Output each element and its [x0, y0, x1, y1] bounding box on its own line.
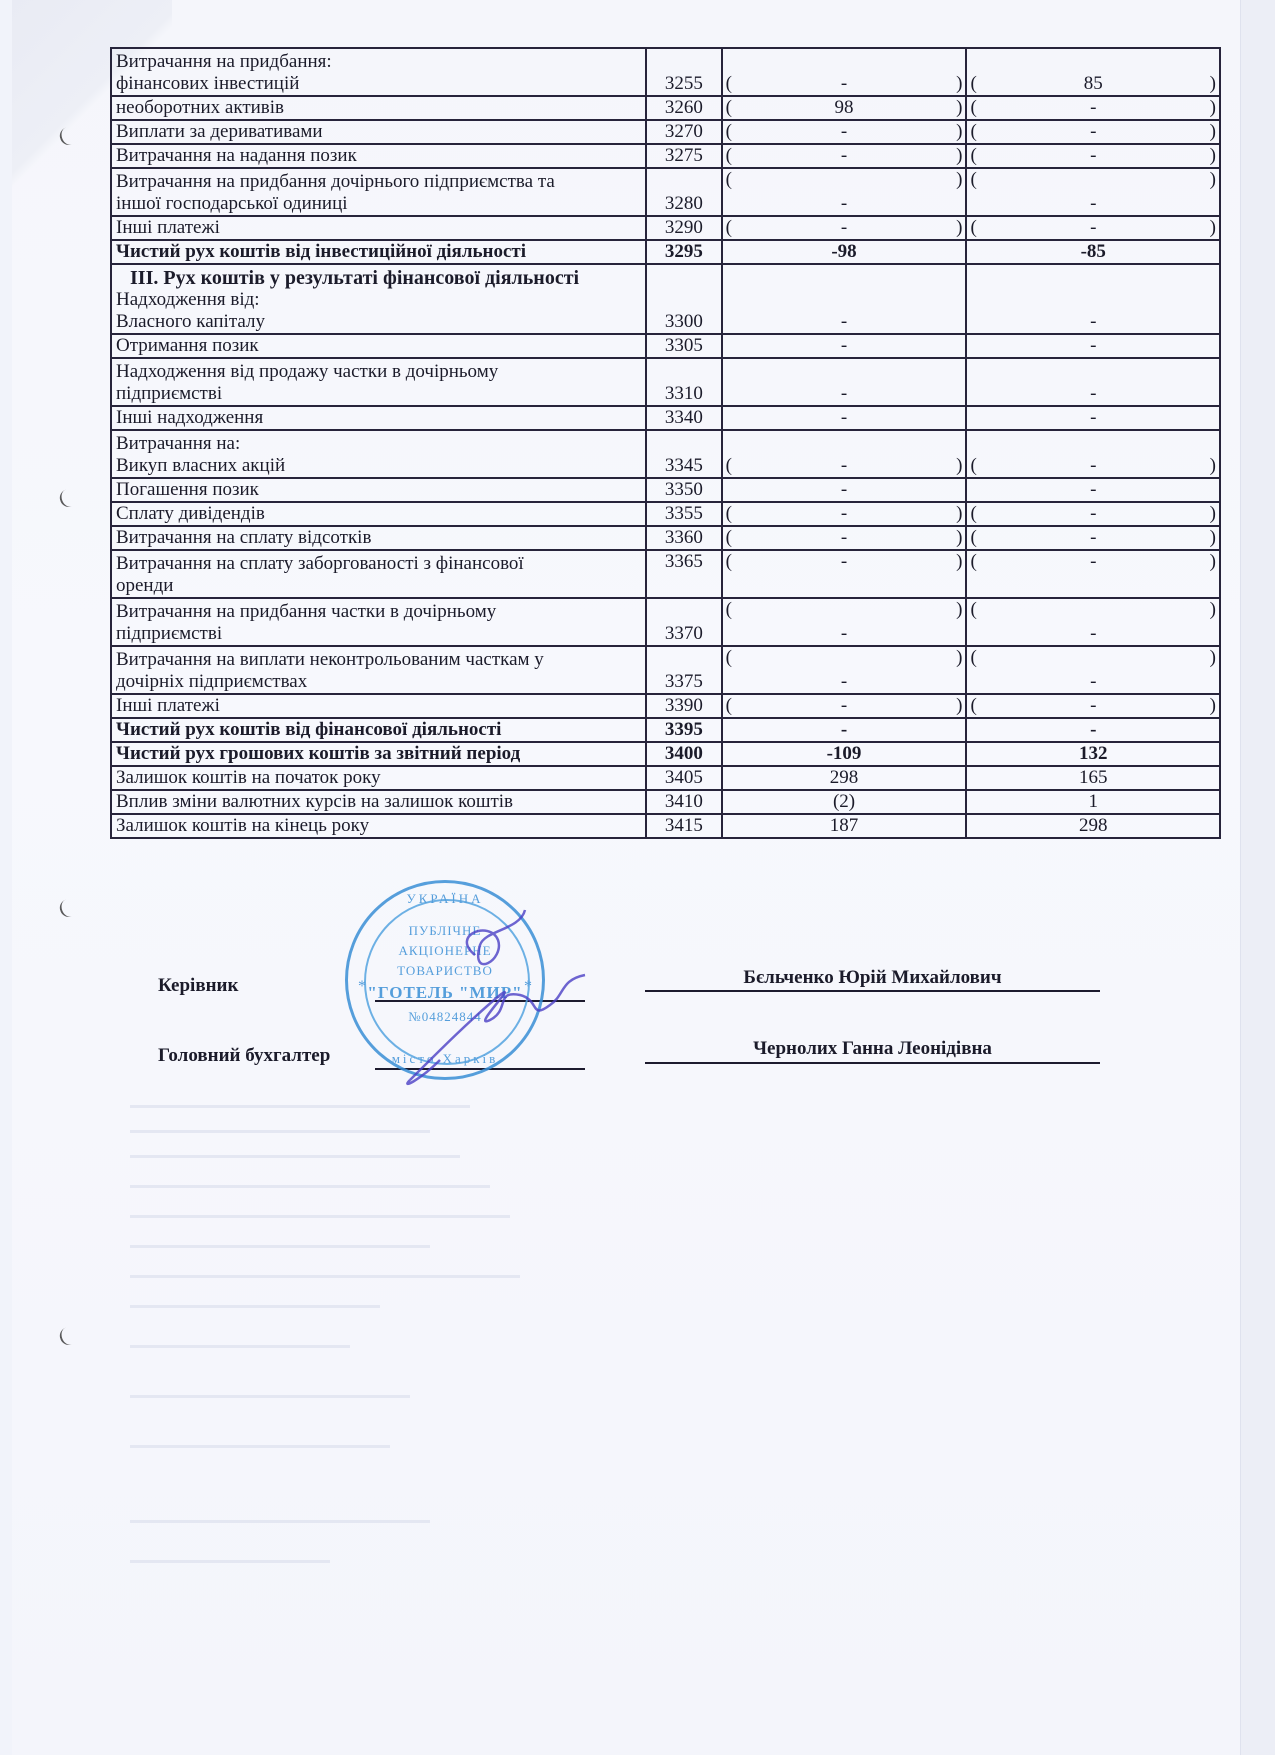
row-label-line: Виплати за деривативами	[116, 121, 641, 143]
table-row: Погашення позик3350--	[111, 478, 1220, 502]
open-paren: (	[726, 695, 732, 717]
row-label: Залишок коштів на початок року	[111, 766, 646, 790]
handwritten-signature	[380, 900, 600, 1100]
row-code: 3280	[646, 168, 722, 216]
row-code: 3400	[646, 742, 722, 766]
previous-period-value: ()-	[966, 120, 1220, 144]
table-row: Витрачання на сплату відсотків3360()-()-	[111, 526, 1220, 550]
open-paren: (	[970, 455, 976, 477]
value-text: -	[1090, 551, 1096, 572]
current-period-value: -109	[722, 742, 967, 766]
previous-period-value: -	[966, 334, 1220, 358]
row-label-line: Витрачання на виплати неконтрольованим ч…	[116, 649, 641, 671]
row-label: Витрачання на придбання частки в дочірнь…	[111, 598, 646, 646]
open-paren: (	[970, 145, 976, 167]
current-period-value: ()98	[722, 96, 967, 120]
value-text: -	[841, 383, 847, 404]
close-paren: )	[956, 455, 962, 477]
row-label-line: Інші платежі	[116, 695, 641, 717]
bleed-through-text	[130, 1185, 490, 1188]
row-code: 3295	[646, 240, 722, 264]
row-code: 3355	[646, 502, 722, 526]
value-text: -	[841, 311, 847, 332]
value-text: -109	[827, 743, 862, 764]
row-code: 3360	[646, 526, 722, 550]
close-paren: )	[956, 97, 962, 119]
row-label-line: Витрачання на придбання дочірнього підпр…	[116, 171, 641, 193]
open-paren: (	[970, 527, 976, 549]
close-paren: )	[956, 145, 962, 167]
row-code: 3415	[646, 814, 722, 838]
open-paren: (	[726, 503, 732, 525]
open-paren: (	[970, 121, 976, 143]
table-row: Чистий рух коштів від фінансової діяльно…	[111, 718, 1220, 742]
value-text: -	[1090, 217, 1096, 238]
row-code: 3350	[646, 478, 722, 502]
open-paren: (	[970, 503, 976, 525]
row-code: 3345	[646, 430, 722, 478]
table-row: Інші платежі3390()-()-	[111, 694, 1220, 718]
close-paren: )	[956, 647, 962, 669]
value-text: -	[841, 479, 847, 500]
bleed-through-text	[130, 1520, 430, 1523]
value-text: 132	[1079, 743, 1108, 764]
bleed-through-text	[130, 1445, 390, 1448]
current-period-value: 298	[722, 766, 967, 790]
row-label: Вплив зміни валютних курсів на залишок к…	[111, 790, 646, 814]
current-period-value: -	[722, 264, 967, 334]
row-label-line: оренди	[116, 575, 641, 597]
row-label-line: фінансових інвестицій	[116, 73, 641, 95]
close-paren: )	[1210, 455, 1216, 477]
row-code: 3405	[646, 766, 722, 790]
value-text: -	[841, 671, 847, 692]
current-period-value: 187	[722, 814, 967, 838]
previous-period-value: ()-	[966, 526, 1220, 550]
cash-flow-table: Витрачання на придбання:фінансових інвес…	[110, 47, 1221, 839]
current-period-value: ()-	[722, 144, 967, 168]
row-label-line: Чистий рух коштів від фінансової діяльно…	[116, 719, 641, 741]
previous-period-value: ()-	[966, 694, 1220, 718]
value-text: -	[1090, 455, 1096, 476]
previous-period-value: ()-	[966, 550, 1220, 598]
open-paren: (	[970, 73, 976, 95]
row-label: необоротних активів	[111, 96, 646, 120]
value-text: -	[1090, 383, 1096, 404]
previous-period-value: -	[966, 718, 1220, 742]
row-label: Чистий рух коштів від інвестиційної діял…	[111, 240, 646, 264]
open-paren: (	[970, 217, 976, 239]
previous-period-value: ()-	[966, 502, 1220, 526]
value-text: -	[841, 455, 847, 476]
close-paren: )	[956, 169, 962, 191]
bleed-through-text	[130, 1245, 430, 1248]
row-code: 3290	[646, 216, 722, 240]
value-text: -	[841, 73, 847, 94]
row-code: 3370	[646, 598, 722, 646]
row-label-line: підприємстві	[116, 623, 641, 645]
table-row: Витрачання на придбання дочірнього підпр…	[111, 168, 1220, 216]
table-row: Виплати за деривативами3270()-()-	[111, 120, 1220, 144]
previous-period-value: -85	[966, 240, 1220, 264]
close-paren: )	[1210, 695, 1216, 717]
bleed-through-text	[130, 1345, 350, 1348]
row-code: 3365	[646, 550, 722, 598]
close-paren: )	[1210, 73, 1216, 95]
bleed-through-text	[130, 1215, 510, 1218]
value-text: -	[841, 217, 847, 238]
close-paren: )	[1210, 217, 1216, 239]
bleed-through-text	[130, 1130, 430, 1133]
value-text: 165	[1079, 767, 1108, 788]
value-text: (2)	[833, 791, 855, 812]
previous-period-value: ()-	[966, 144, 1220, 168]
value-text: -	[1090, 503, 1096, 524]
row-label: Витрачання на:Викуп власних акцій	[111, 430, 646, 478]
bleed-through-text	[130, 1395, 410, 1398]
open-paren: (	[726, 145, 732, 167]
row-label: Погашення позик	[111, 478, 646, 502]
table-row: Витрачання на сплату заборгованості з фі…	[111, 550, 1220, 598]
table-row: Витрачання на надання позик3275()-()-	[111, 144, 1220, 168]
value-text: -	[841, 503, 847, 524]
row-label: Витрачання на виплати неконтрольованим ч…	[111, 646, 646, 694]
value-text: -	[1090, 335, 1096, 356]
table-row: Чистий рух грошових коштів за звітний пе…	[111, 742, 1220, 766]
open-paren: (	[970, 551, 976, 573]
close-paren: )	[1210, 599, 1216, 621]
previous-period-value: -	[966, 406, 1220, 430]
section-title: ІІІ. Рух коштів у результаті фінансової …	[116, 267, 641, 289]
row-code: 3395	[646, 718, 722, 742]
row-label-line: іншої господарської одиниці	[116, 193, 641, 215]
value-text: -	[1090, 527, 1096, 548]
value-text: -	[1090, 311, 1096, 332]
row-code: 3270	[646, 120, 722, 144]
current-period-value: (2)	[722, 790, 967, 814]
close-paren: )	[1210, 551, 1216, 573]
row-label-line: Інші платежі	[116, 217, 641, 239]
previous-period-value: 1	[966, 790, 1220, 814]
row-label-line: дочірніх підприємствах	[116, 671, 641, 693]
open-paren: (	[970, 97, 976, 119]
row-code: 3310	[646, 358, 722, 406]
current-period-value: ()-	[722, 694, 967, 718]
bleed-through-text	[130, 1560, 330, 1563]
close-paren: )	[956, 73, 962, 95]
previous-period-value: ()-	[966, 598, 1220, 646]
current-period-value: ()-	[722, 48, 967, 96]
row-label: Чистий рух грошових коштів за звітний пе…	[111, 742, 646, 766]
row-code: 3340	[646, 406, 722, 430]
row-label: Сплату дивідендів	[111, 502, 646, 526]
previous-period-value: ()-	[966, 168, 1220, 216]
current-period-value: -	[722, 718, 967, 742]
table-row: необоротних активів3260()98()-	[111, 96, 1220, 120]
row-label-line: Витрачання на надання позик	[116, 145, 641, 167]
table-row: Витрачання на:Викуп власних акцій3345()-…	[111, 430, 1220, 478]
row-label-line: Чистий рух грошових коштів за звітний пе…	[116, 743, 641, 765]
close-paren: )	[1210, 97, 1216, 119]
current-period-value: -	[722, 406, 967, 430]
table-row: Чистий рух коштів від інвестиційної діял…	[111, 240, 1220, 264]
current-period-value: ()-	[722, 216, 967, 240]
value-text: -	[1090, 671, 1096, 692]
table-row: Надходження від продажу частки в дочірнь…	[111, 358, 1220, 406]
bleed-through-text	[130, 1275, 520, 1278]
value-text: 298	[830, 767, 859, 788]
row-label-line: Власного капіталу	[116, 311, 641, 333]
row-label: Інші надходження	[111, 406, 646, 430]
row-label-line: Викуп власних акцій	[116, 455, 641, 477]
row-code: 3300	[646, 264, 722, 334]
row-label: Виплати за деривативами	[111, 120, 646, 144]
value-text: 98	[835, 97, 854, 118]
bleed-through-text	[130, 1105, 470, 1108]
row-label: Витрачання на придбання дочірнього підпр…	[111, 168, 646, 216]
row-label: Витрачання на сплату відсотків	[111, 526, 646, 550]
row-label-line: необоротних активів	[116, 97, 641, 119]
value-text: -98	[831, 241, 856, 262]
open-paren: (	[726, 455, 732, 477]
bleed-through-text	[130, 1155, 460, 1158]
row-code: 3410	[646, 790, 722, 814]
open-paren: (	[726, 97, 732, 119]
current-period-value: ()-	[722, 598, 967, 646]
value-text: -85	[1081, 241, 1106, 262]
table-row: Залишок коштів на початок року3405298165	[111, 766, 1220, 790]
current-period-value: ()-	[722, 646, 967, 694]
row-label-line: Витрачання на:	[116, 433, 641, 455]
previous-period-value: 298	[966, 814, 1220, 838]
open-paren: (	[726, 217, 732, 239]
current-period-value: -	[722, 334, 967, 358]
open-paren: (	[726, 527, 732, 549]
value-text: -	[1090, 407, 1096, 428]
bleed-through-text	[130, 1305, 380, 1308]
current-period-value: -	[722, 478, 967, 502]
open-paren: (	[970, 647, 976, 669]
value-text: -	[841, 145, 847, 166]
value-text: -	[841, 335, 847, 356]
table-row: Отримання позик3305--	[111, 334, 1220, 358]
row-label: Інші платежі	[111, 216, 646, 240]
value-text: 1	[1088, 791, 1098, 812]
previous-period-value: ()-	[966, 216, 1220, 240]
row-label-line: Чистий рух коштів від інвестиційної діял…	[116, 241, 641, 263]
value-text: -	[1090, 479, 1096, 500]
value-text: -	[1090, 719, 1096, 740]
current-period-value: ()-	[722, 120, 967, 144]
close-paren: )	[1210, 503, 1216, 525]
previous-period-value: 132	[966, 742, 1220, 766]
table-row: Сплату дивідендів3355()-()-	[111, 502, 1220, 526]
value-text: -	[1090, 145, 1096, 166]
close-paren: )	[956, 551, 962, 573]
row-label-line: Інші надходження	[116, 407, 641, 429]
value-text: 85	[1084, 73, 1103, 94]
row-label: Витрачання на сплату заборгованості з фі…	[111, 550, 646, 598]
row-label: Інші платежі	[111, 694, 646, 718]
close-paren: )	[1210, 145, 1216, 167]
close-paren: )	[1210, 647, 1216, 669]
row-label-line: Залишок коштів на кінець року	[116, 815, 641, 837]
row-label-line: Вплив зміни валютних курсів на залишок к…	[116, 791, 641, 813]
value-text: -	[841, 623, 847, 644]
row-label: Отримання позик	[111, 334, 646, 358]
previous-period-value: 165	[966, 766, 1220, 790]
value-text: -	[1090, 193, 1096, 214]
previous-period-value: ()-	[966, 430, 1220, 478]
table-row: Інші надходження3340--	[111, 406, 1220, 430]
row-label: Залишок коштів на кінець року	[111, 814, 646, 838]
close-paren: )	[956, 503, 962, 525]
value-text: -	[841, 527, 847, 548]
previous-period-value: -	[966, 478, 1220, 502]
table-row: ІІІ. Рух коштів у результаті фінансової …	[111, 264, 1220, 334]
row-code: 3390	[646, 694, 722, 718]
row-label-line: Надходження від:	[116, 289, 641, 311]
value-text: -	[841, 121, 847, 142]
current-period-value: ()-	[722, 168, 967, 216]
open-paren: (	[726, 169, 732, 191]
close-paren: )	[956, 121, 962, 143]
previous-period-value: ()85	[966, 48, 1220, 96]
open-paren: (	[726, 599, 732, 621]
value-text: -	[841, 193, 847, 214]
value-text: -	[1090, 121, 1096, 142]
previous-period-value: -	[966, 264, 1220, 334]
current-period-value: ()-	[722, 550, 967, 598]
row-label-line: Надходження від продажу частки в дочірнь…	[116, 361, 641, 383]
open-paren: (	[726, 73, 732, 95]
table-row: Витрачання на виплати неконтрольованим ч…	[111, 646, 1220, 694]
table-row: Витрачання на придбання:фінансових інвес…	[111, 48, 1220, 96]
value-text: 187	[830, 815, 859, 836]
table-row: Залишок коштів на кінець року3415187298	[111, 814, 1220, 838]
row-label-line: Сплату дивідендів	[116, 503, 641, 525]
row-label: Витрачання на надання позик	[111, 144, 646, 168]
row-label: Чистий рух коштів від фінансової діяльно…	[111, 718, 646, 742]
current-period-value: ()-	[722, 502, 967, 526]
open-paren: (	[970, 599, 976, 621]
value-text: -	[841, 407, 847, 428]
open-paren: (	[726, 121, 732, 143]
table-row: Вплив зміни валютних курсів на залишок к…	[111, 790, 1220, 814]
row-code: 3255	[646, 48, 722, 96]
row-label-line: Залишок коштів на початок року	[116, 767, 641, 789]
open-paren: (	[970, 695, 976, 717]
row-label: Витрачання на придбання:фінансових інвес…	[111, 48, 646, 96]
row-label-line: Витрачання на сплату відсотків	[116, 527, 641, 549]
row-label-line: Витрачання на придбання:	[116, 51, 641, 73]
close-paren: )	[1210, 169, 1216, 191]
value-text: 298	[1079, 815, 1108, 836]
stamp-star-icon: *	[358, 978, 366, 996]
row-label-line: Отримання позик	[116, 335, 641, 357]
value-text: -	[1090, 695, 1096, 716]
row-code: 3275	[646, 144, 722, 168]
previous-period-value: ()-	[966, 646, 1220, 694]
page-right-edge	[1240, 0, 1275, 1755]
value-text: -	[841, 695, 847, 716]
row-code: 3375	[646, 646, 722, 694]
row-label-line: Погашення позик	[116, 479, 641, 501]
current-period-value: ()-	[722, 526, 967, 550]
previous-period-value: -	[966, 358, 1220, 406]
close-paren: )	[956, 695, 962, 717]
close-paren: )	[956, 599, 962, 621]
close-paren: )	[956, 217, 962, 239]
open-paren: (	[970, 169, 976, 191]
open-paren: (	[726, 551, 732, 573]
row-label-line: Витрачання на придбання частки в дочірнь…	[116, 601, 641, 623]
value-text: -	[841, 551, 847, 572]
row-label-line: підприємстві	[116, 383, 641, 405]
value-text: -	[841, 719, 847, 740]
current-period-value: ()-	[722, 430, 967, 478]
table-row: Інші платежі3290()-()-	[111, 216, 1220, 240]
row-label: ІІІ. Рух коштів у результаті фінансової …	[111, 264, 646, 334]
value-text: -	[1090, 623, 1096, 644]
row-code: 3305	[646, 334, 722, 358]
row-label: Надходження від продажу частки в дочірнь…	[111, 358, 646, 406]
current-period-value: -	[722, 358, 967, 406]
row-code: 3260	[646, 96, 722, 120]
table-row: Витрачання на придбання частки в дочірнь…	[111, 598, 1220, 646]
row-label-line: Витрачання на сплату заборгованості з фі…	[116, 553, 641, 575]
close-paren: )	[1210, 527, 1216, 549]
previous-period-value: ()-	[966, 96, 1220, 120]
close-paren: )	[1210, 121, 1216, 143]
value-text: -	[1090, 97, 1096, 118]
open-paren: (	[726, 647, 732, 669]
current-period-value: -98	[722, 240, 967, 264]
close-paren: )	[956, 527, 962, 549]
